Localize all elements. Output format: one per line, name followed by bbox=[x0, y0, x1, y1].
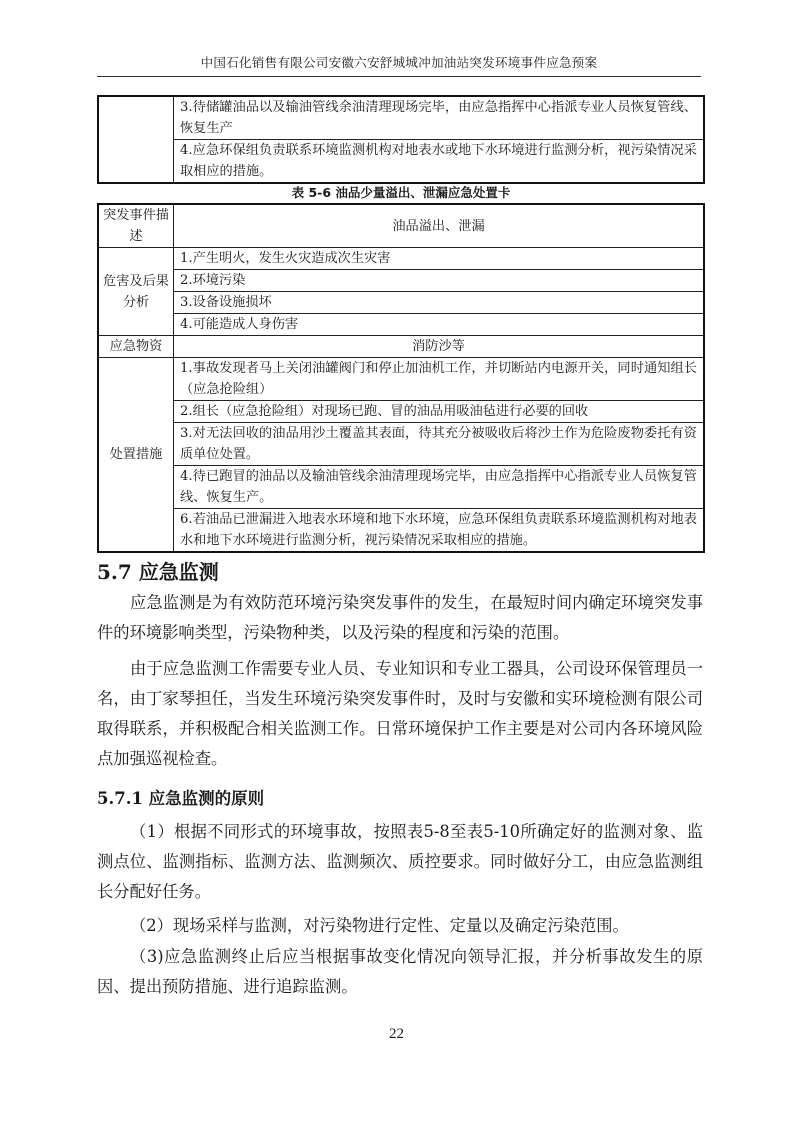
table-row: 应急物资 消防沙等 bbox=[98, 336, 704, 358]
table-row: 3.待储罐油品以及输油管线余油清理现场完毕，由应急指挥中心指派专业人员恢复管线、… bbox=[98, 96, 704, 140]
table-label-cell bbox=[98, 96, 174, 183]
header-divider bbox=[97, 76, 701, 77]
section-heading-5-7-1: 5.7.1 应急监测的原则 bbox=[97, 786, 264, 812]
table-row: 2.组长（应急抢险组）对现场已跑、冒的油品用吸油毡进行必要的回收 bbox=[98, 401, 704, 423]
paragraph: 由于应急监测工作需要专业人员、专业知识和专业工器具，公司设环保管理员一名，由丁家… bbox=[97, 654, 703, 774]
emergency-response-card-table: 突发事件描述 油品溢出、泄漏 危害及后果分析 1.产生明火，发生火灾造成次生灾害… bbox=[97, 203, 705, 553]
hazard-cell: 4.可能造成人身伤害 bbox=[174, 314, 705, 336]
table-row: 4.应急环保组负责联系环境监测机构对地表水或地下水环境进行监测分析，视污染情况采… bbox=[98, 140, 704, 184]
measures-label-cell: 处置措施 bbox=[98, 358, 174, 553]
materials-value-cell: 消防沙等 bbox=[174, 336, 705, 358]
section-heading-5-7: 5.7 应急监测 bbox=[97, 558, 219, 586]
table-row: 4.待已跑冒的油品以及输油管线余油清理现场完毕，由应急指挥中心指派专业人员恢复管… bbox=[98, 466, 704, 509]
hazard-cell: 2.环境污染 bbox=[174, 270, 705, 292]
table-row: 3.设备设施损坏 bbox=[98, 292, 704, 314]
table-row: 处置措施 1.事故发现者马上关闭油罐阀门和停止加油机工作，并切断站内电源开关，同… bbox=[98, 358, 704, 401]
page-header-title: 中国石化销售有限公司安徽六安舒城城冲加油站突发环境事件应急预案 bbox=[97, 54, 701, 72]
paragraph: 应急监测是为有效防范环境污染突发事件的发生，在最短时间内确定环境突发事件的环境影… bbox=[97, 588, 703, 648]
page-number: 22 bbox=[0, 1026, 793, 1043]
table-cell: 3.待储罐油品以及输油管线余油清理现场完毕，由应急指挥中心指派专业人员恢复管线、… bbox=[174, 96, 705, 140]
measure-cell: 4.待已跑冒的油品以及输油管线余油清理现场完毕，由应急指挥中心指派专业人员恢复管… bbox=[174, 466, 705, 509]
table-caption: 表 5-6 油品少量溢出、泄漏应急处置卡 bbox=[97, 184, 705, 202]
paragraph: （3)应急监测终止后应当根据事故变化情况向领导汇报，并分析事故发生的原因、提出预… bbox=[97, 942, 703, 1002]
table-cell: 4.应急环保组负责联系环境监测机构对地表水或地下水环境进行监测分析，视污染情况采… bbox=[174, 140, 705, 184]
hazard-label-cell: 危害及后果分析 bbox=[98, 248, 174, 336]
measure-cell: 6.若油品已泄漏进入地表水环境和地下水环境，应急环保组负责联系环境监测机构对地表… bbox=[174, 509, 705, 553]
table-row: 2.环境污染 bbox=[98, 270, 704, 292]
paragraph: （1）根据不同形式的环境事故，按照表5-8至表5-10所确定好的监测对象、监测点… bbox=[97, 817, 703, 907]
measure-cell: 1.事故发现者马上关闭油罐阀门和停止加油机工作，并切断站内电源开关，同时通知组长… bbox=[174, 358, 705, 401]
hazard-cell: 3.设备设施损坏 bbox=[174, 292, 705, 314]
continued-table: 3.待储罐油品以及输油管线余油清理现场完毕，由应急指挥中心指派专业人员恢复管线、… bbox=[97, 95, 705, 184]
event-value-cell: 油品溢出、泄漏 bbox=[174, 204, 705, 248]
table-row: 4.可能造成人身伤害 bbox=[98, 314, 704, 336]
paragraph: （2）现场采样与监测，对污染物进行定性、定量以及确定污染范围。 bbox=[97, 911, 703, 941]
table-row: 3.对无法回收的油品用沙土覆盖其表面，待其充分被吸收后将沙土作为危险废物委托有资… bbox=[98, 423, 704, 466]
materials-label-cell: 应急物资 bbox=[98, 336, 174, 358]
table-row: 突发事件描述 油品溢出、泄漏 bbox=[98, 204, 704, 248]
hazard-cell: 1.产生明火，发生火灾造成次生灾害 bbox=[174, 248, 705, 270]
event-label-cell: 突发事件描述 bbox=[98, 204, 174, 248]
measure-cell: 3.对无法回收的油品用沙土覆盖其表面，待其充分被吸收后将沙土作为危险废物委托有资… bbox=[174, 423, 705, 466]
table-row: 危害及后果分析 1.产生明火，发生火灾造成次生灾害 bbox=[98, 248, 704, 270]
measure-cell: 2.组长（应急抢险组）对现场已跑、冒的油品用吸油毡进行必要的回收 bbox=[174, 401, 705, 423]
table-row: 6.若油品已泄漏进入地表水环境和地下水环境，应急环保组负责联系环境监测机构对地表… bbox=[98, 509, 704, 553]
